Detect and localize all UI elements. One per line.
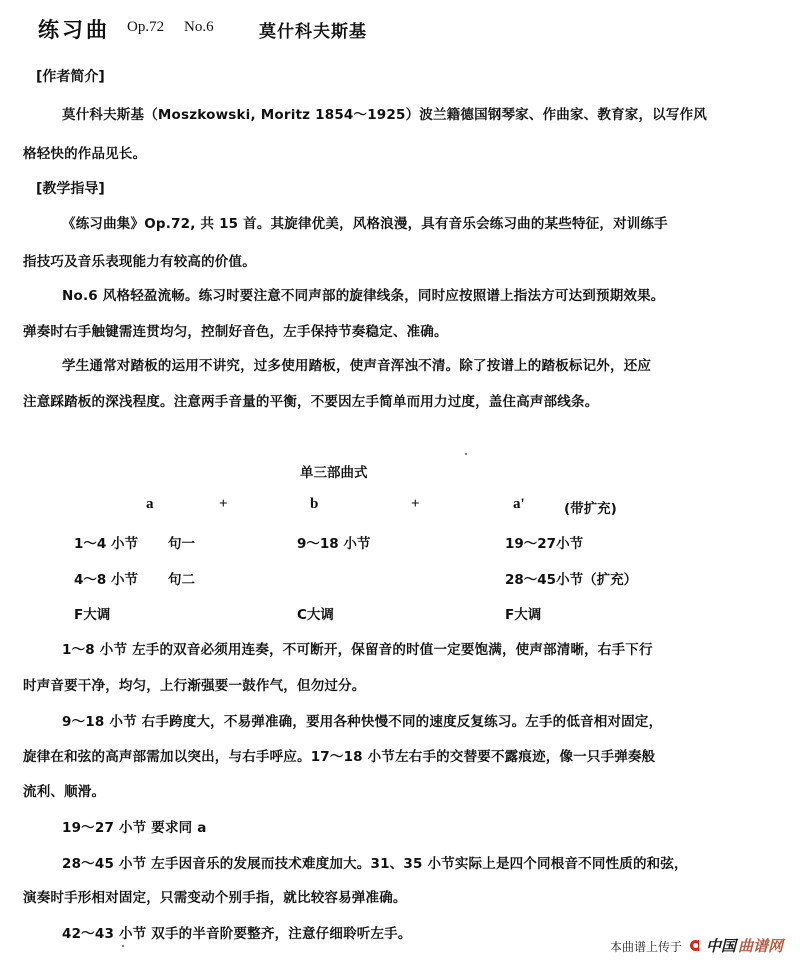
page-title: 练习曲 (38, 14, 110, 44)
form-cell: 4～8 小节 (74, 568, 138, 588)
analysis-line: 1～8 小节 左手的双音必须用连奏，不可断开，保留音的时值一定要饱满，使声部清晰… (62, 638, 653, 658)
guide-line: 《练习曲集》Op.72, 共 15 首。其旋律优美，风格浪漫，具有音乐会练习曲的… (62, 212, 668, 232)
logo-text-colored: 曲谱网 (738, 935, 783, 956)
analysis-line: 42～43 小节 双手的半音阶要整齐，注意仔细聆听左手。 (62, 922, 412, 942)
form-plus: + (219, 496, 228, 513)
guide-line: 指技巧及音乐表现能力有较高的价值。 (23, 250, 256, 270)
guide-line: 弹奏时右手触键需连贯均匀，控制好音色，左手保持节奏稳定、准确。 (23, 320, 448, 340)
site-logo[interactable]: 中国 曲谱网 (690, 935, 783, 956)
form-cell: F大调 (74, 603, 110, 623)
analysis-line: 19～27 小节 要求同 a (62, 816, 207, 836)
form-cell: 28～45小节（扩充） (505, 568, 637, 588)
form-part-b: b (310, 496, 318, 513)
form-cell: 9～18 小节 (297, 532, 370, 552)
form-cell: F大调 (505, 603, 541, 623)
form-part-a-prime: a' (513, 496, 525, 513)
form-plus: + (411, 496, 420, 513)
form-cell: C大调 (297, 603, 334, 623)
analysis-line: 9～18 小节 右手跨度大，不易弹准确，要用各种快慢不同的速度反复练习。左手的低… (62, 710, 662, 730)
analysis-line: 时声音要干净，均匀，上行渐强要一鼓作气，但勿过分。 (23, 674, 366, 694)
guide-line: 学生通常对踏板的运用不讲究，过多使用踏板，使声音浑浊不清。除了按谱上的踏板标记外… (62, 354, 651, 374)
guide-line: 注意踩踏板的深浅程度。注意两手音量的平衡，不要因左手简单而用力过度，盖住高声部线… (23, 390, 598, 410)
analysis-line: 演奏时手形相对固定，只需变动个别手指，就比较容易弹准确。 (23, 886, 407, 906)
bio-line: 莫什科夫斯基（Moszkowski, Moritz 1854～1925）波兰籍德… (62, 103, 707, 123)
composer-name: 莫什科夫斯基 (259, 17, 367, 42)
scan-dot (122, 945, 124, 947)
form-part-a-prime-note: (带扩充) (564, 497, 617, 517)
guide-line: No.6 风格轻盈流畅。练习时要注意不同声部的旋律线条，同时应按照谱上指法方可达… (62, 284, 665, 304)
piece-number: No.6 (184, 19, 214, 36)
form-title: 单三部曲式 (300, 461, 368, 481)
logo-text-black: 中国 (706, 935, 736, 956)
form-cell: 句二 (168, 568, 195, 588)
analysis-line: 流利、顺滑。 (23, 780, 105, 800)
form-part-a: a (146, 496, 154, 513)
form-cell: 句一 (168, 532, 195, 552)
bio-line: 格轻快的作品见长。 (23, 142, 146, 162)
section-heading-bio: [作者简介] (36, 66, 105, 86)
form-cell: 1～4 小节 (74, 532, 138, 552)
form-cell: 19～27小节 (505, 532, 583, 552)
analysis-line: 旋律在和弦的高声部需加以突出，与右手呼应。17～18 小节左右手的交替要不露痕迹… (23, 745, 655, 765)
c-music-logo-icon (690, 939, 704, 953)
scan-dot (465, 453, 467, 455)
analysis-line: 28～45 小节 左手因音乐的发展而技术难度加大。31、35 小节实际上是四个同… (62, 852, 688, 872)
section-heading-guide: [教学指导] (36, 178, 105, 198)
upload-credit: 本曲谱上传于 (610, 938, 682, 955)
opus-number: Op.72 (127, 19, 164, 36)
